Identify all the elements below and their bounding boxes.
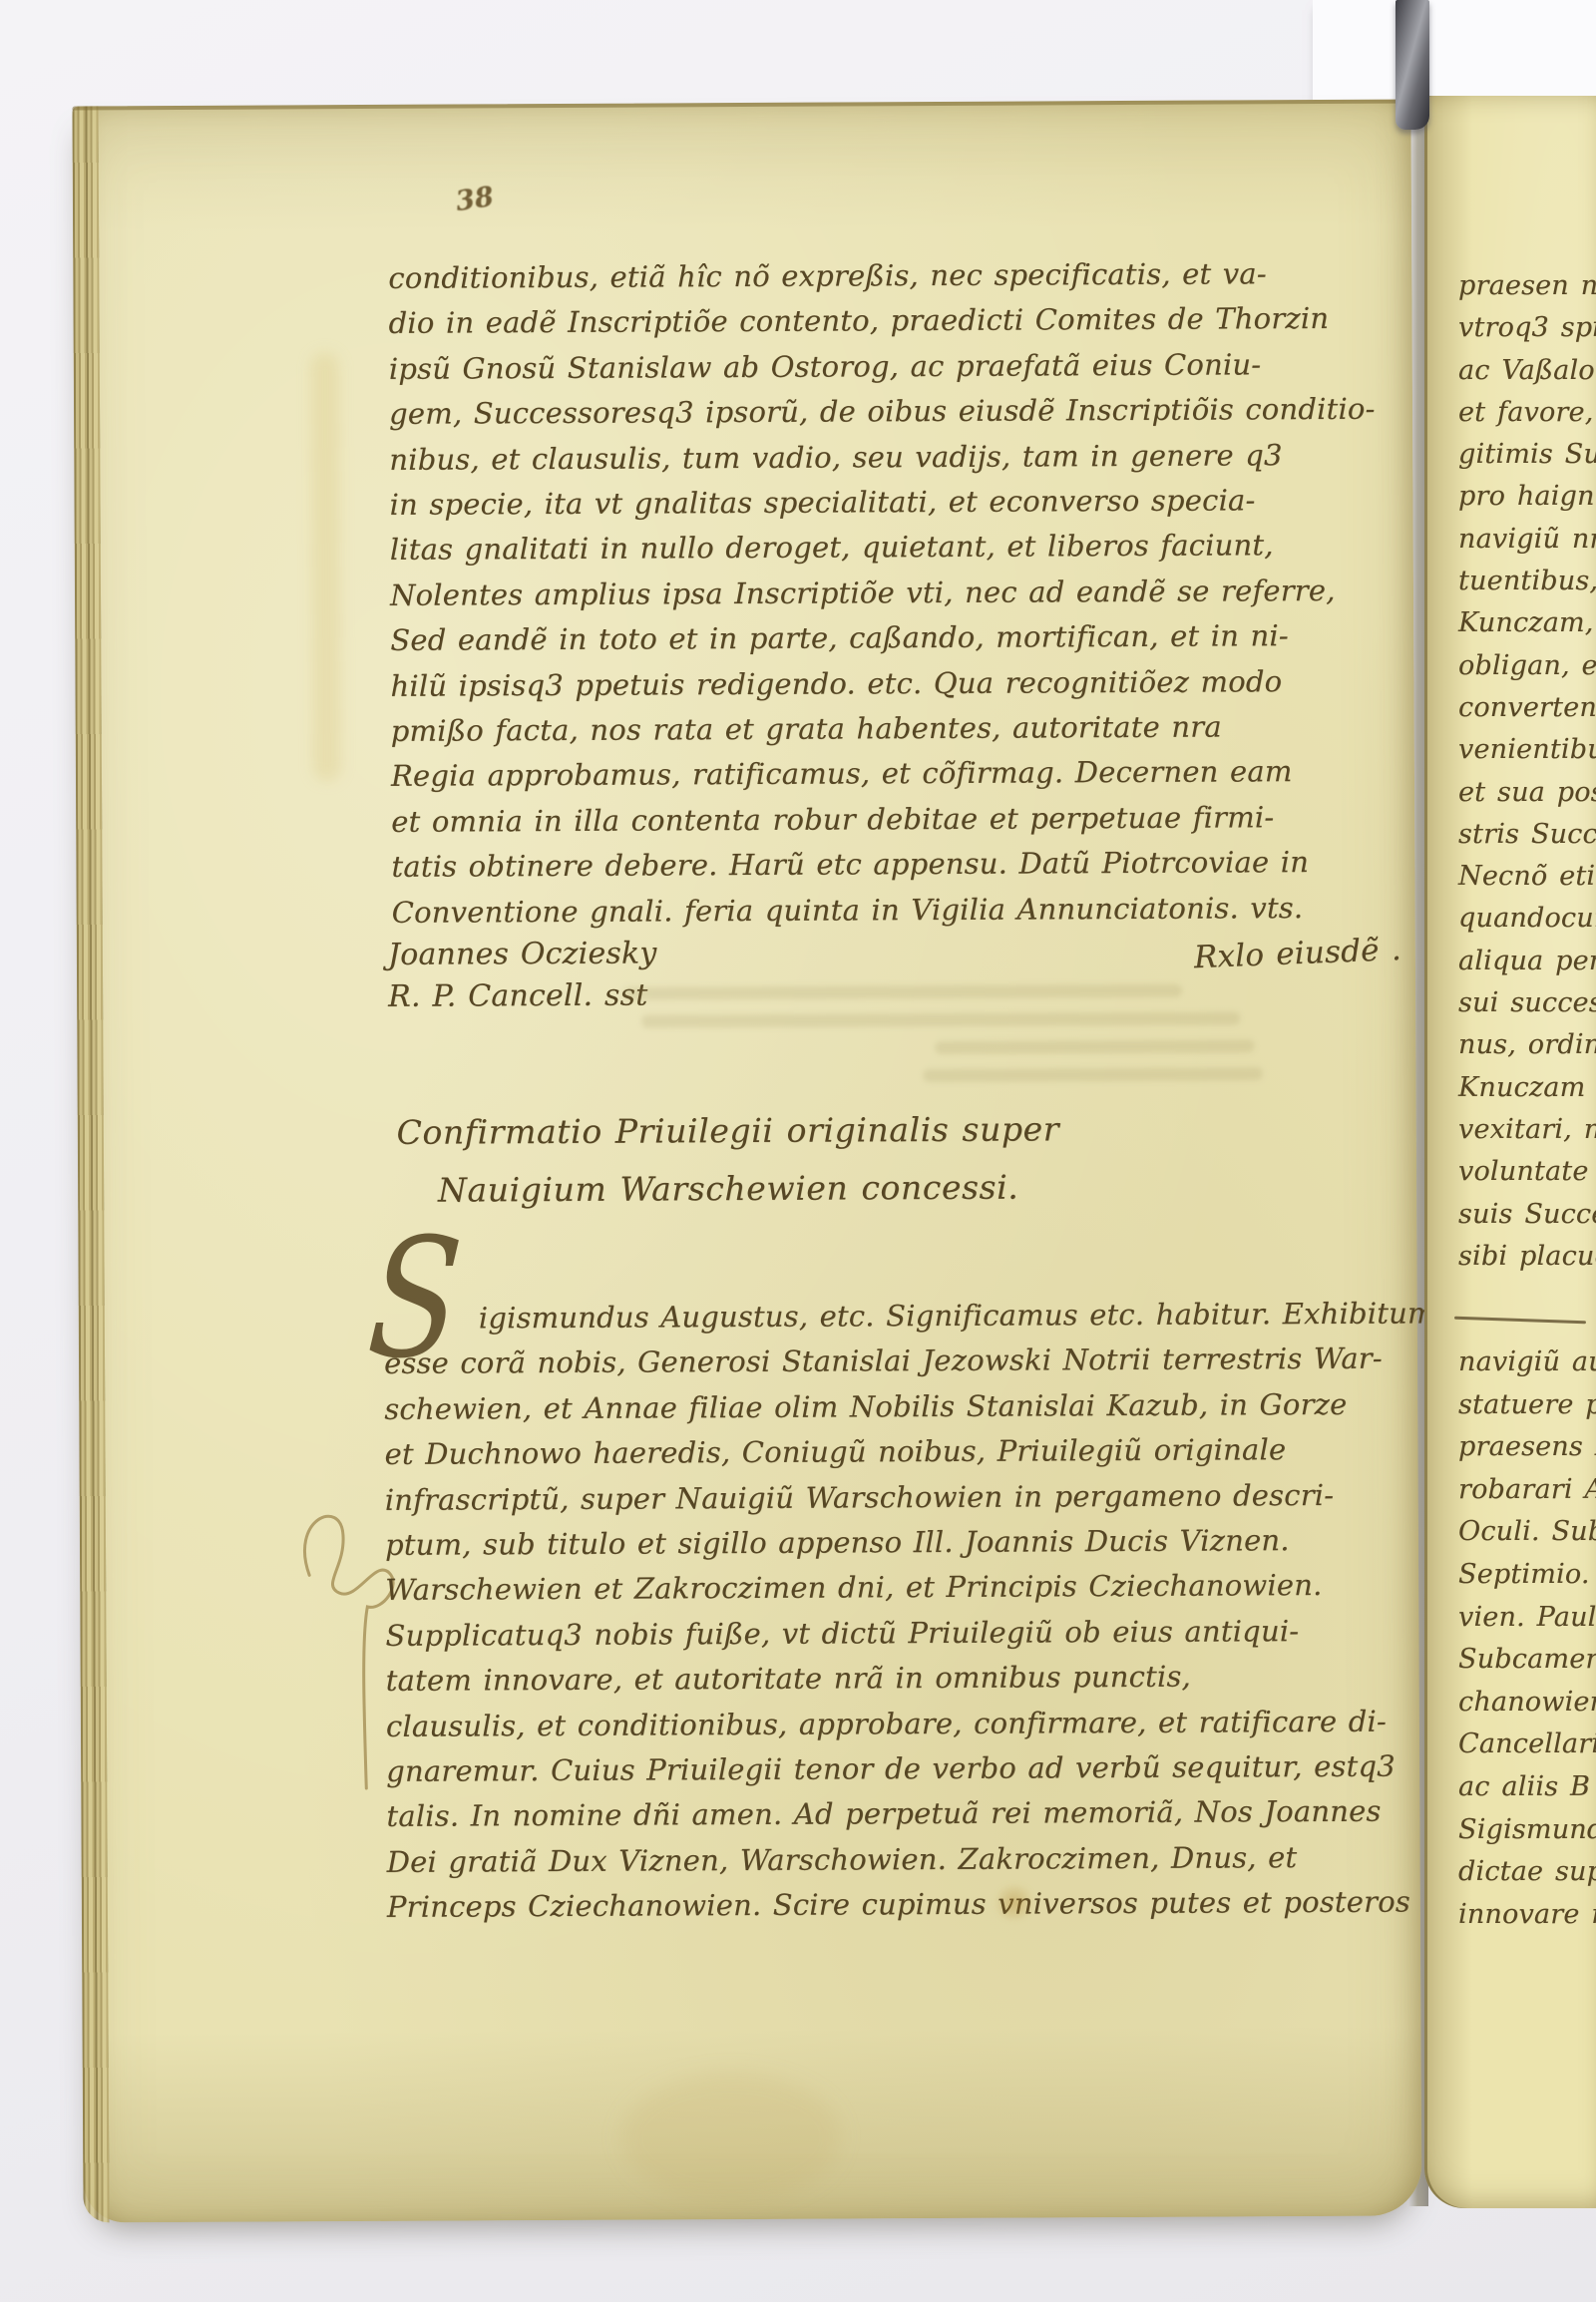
manuscript-text-line: sibi placuerit (1458, 1236, 1596, 1278)
manuscript-text-line: ptum, sub titulo et sigillo appenso Ill.… (385, 1518, 1402, 1569)
manuscript-text-line: Knuczam et (1458, 1067, 1596, 1109)
manuscript-right-page: praesen notitiavtroq3 spirituac Vaßalorũ… (1424, 96, 1596, 2208)
manuscript-text-line: tuentibus, et (1458, 561, 1596, 602)
manuscript-text-line: gem, Successoresq3 ipsorũ, de oibus eius… (389, 387, 1396, 438)
underline-flourish (1454, 1317, 1586, 1325)
manuscript-text-line: innovare ni (1458, 1894, 1596, 1937)
manuscript-text-line: Septimio. Prae (1458, 1554, 1596, 1597)
section-heading: Confirmatio Priuilegii originalis super … (349, 1100, 1108, 1220)
manuscript-text-line: hilũ ipsisq3 ppetuis redigendo. etc. Qua… (390, 658, 1397, 709)
verso-show-through (935, 1039, 1254, 1054)
manuscript-text-line: gnaremur. Cuius Priuilegii tenor de verb… (386, 1744, 1403, 1795)
manuscript-text-line: Subcamerar (1458, 1639, 1596, 1682)
manuscript-text-line: Conventione gnali. feria quinta in Vigil… (392, 885, 1399, 936)
manuscript-text-line: Sed eandẽ in toto et in parte, caßando, … (390, 613, 1397, 664)
manuscript-text-line: ac aliis B p (1458, 1766, 1596, 1809)
manuscript-text-line: schewien, et Annae filiae olim Nobilis S… (384, 1381, 1401, 1432)
manuscript-text-line: gitimis Succeß (1458, 434, 1596, 476)
manuscript-text-line: Warschewien et Zakroczimen dni, et Princ… (385, 1563, 1402, 1614)
manuscript-text-line: vien. Paulo (1458, 1597, 1596, 1640)
manuscript-text-line: infrascriptũ, super Nauigiũ Warschowien … (385, 1472, 1402, 1523)
manuscript-text-line: et Duchnowo haeredis, Coniugũ noibus, Pr… (384, 1427, 1401, 1478)
manuscript-text-line: sui successoret (1458, 982, 1596, 1024)
chancellor-signature: Joannes Ocziesky R. P. Cancell. sst (388, 933, 657, 1017)
manuscript-text-line: Regia approbamus, ratificamus, et cõfirm… (391, 749, 1398, 800)
right-page-column-lower: navigiũ ausstatuere praepraesens Priroba… (1458, 1342, 1596, 1936)
folio-number: 38 (454, 182, 496, 217)
registration-note: Rxlo eiusdẽ . (1193, 932, 1401, 975)
manuscript-text-line: quandocunq3 (1458, 898, 1596, 940)
manuscript-text-line: vexitari, neq3 (1458, 1109, 1596, 1151)
manuscript-text-line: Supplicatuq3 nobis fuiße, vt dictũ Priui… (385, 1608, 1402, 1659)
manuscript-text-line: in specie, ita vt gnalitas specialitati,… (389, 478, 1396, 529)
manuscript-text-line: conditionibus, etiã hîc nõ expreßis, nec… (388, 251, 1396, 302)
manuscript-text-line: venientibus vi (1458, 729, 1596, 771)
manuscript-text-line: praesen notitia (1458, 265, 1596, 307)
manuscript-text-line: Dei gratiã Dux Viznen, Warschowien. Zakr… (387, 1834, 1404, 1885)
manuscript-text-line: talis. In nomine dñi amen. Ad perpetuã r… (386, 1789, 1403, 1840)
manuscript-text-line: igismundus Augustus, etc. Significamus e… (384, 1292, 1401, 1343)
manuscript-text-line: et omnia in illa contenta robur debitae … (391, 794, 1398, 845)
verso-show-through (641, 1011, 1240, 1027)
paper-discoloration (311, 352, 341, 781)
manuscript-text-line: Nolentes amplius ipsa Inscriptiõe vti, n… (390, 568, 1397, 618)
manuscript-text-line: Necnõ etiã on (1458, 856, 1596, 898)
manuscript-text-line: nibus, et clausulis, tum vadio, seu vadi… (389, 432, 1396, 483)
manuscript-text-line: dio in eadẽ Inscriptiõe contento, praedi… (388, 296, 1396, 347)
photograph-background: 38 conditionibus, etiã hîc nõ expreßis, … (0, 0, 1596, 2302)
manuscript-text-line: vtroq3 spiritu (1458, 307, 1596, 349)
manuscript-text-line: et sua posterit (1458, 772, 1596, 814)
manuscript-text-line: navigiũ aus (1458, 1342, 1596, 1384)
manuscript-text-line: Cancellario (1458, 1724, 1596, 1766)
manuscript-text-line: ac Vaßalorũ (1458, 350, 1596, 392)
manuscript-text-line: et favore, Di (1458, 392, 1596, 434)
signature-line-title: R. P. Cancell. sst (388, 974, 657, 1017)
cradle-rod (1396, 0, 1429, 130)
page-top-edge (72, 100, 1410, 111)
manuscript-text-line: esse corã nobis, Generosi Stanislai Jezo… (384, 1337, 1401, 1387)
manuscript-text-line: voluntate pe (1458, 1151, 1596, 1193)
manuscript-text-line: praesens Pri (1458, 1426, 1596, 1469)
manuscript-text-line: nus, ordinar (1458, 1024, 1596, 1066)
paragraph-confirmation-text: igismundus Augustus, etc. Significamus e… (384, 1292, 1404, 1931)
manuscript-text-line: robarari Ac (1458, 1469, 1596, 1512)
manuscript-text-line: tatis obtinere debere. Harũ etc appensu.… (391, 840, 1398, 891)
manuscript-text-line: stris Succeßo (1458, 814, 1596, 856)
manuscript-text-line: obligan, et ad (1458, 645, 1596, 687)
manuscript-text-line: Kunczam, et (1458, 602, 1596, 644)
right-page-column-upper: praesen notitiavtroq3 spirituac Vaßalorũ… (1458, 265, 1596, 1278)
verso-show-through (924, 1067, 1263, 1082)
signature-line-name: Joannes Ocziesky (388, 933, 657, 975)
manuscript-text-line: statuere prae (1458, 1384, 1596, 1427)
manuscript-text-line: pro haignita du (1458, 476, 1596, 518)
manuscript-text-line: chanowien, P (1458, 1682, 1596, 1725)
manuscript-text-line: ipsũ Gnosũ Stanislaw ab Ostorog, ac prae… (389, 341, 1396, 392)
paper-discoloration (621, 2073, 842, 2203)
manuscript-text-line: aliqua pensiõ (1458, 941, 1596, 982)
manuscript-text-line: Sigismundus (1458, 1809, 1596, 1852)
manuscript-left-page: 38 conditionibus, etiã hîc nõ expreßis, … (72, 100, 1421, 2223)
manuscript-text-line: convertend. (1458, 687, 1596, 729)
ink-stain (992, 1884, 1037, 1920)
manuscript-text-line: pmißo facta, nos rata et grata habentes,… (391, 704, 1398, 755)
manuscript-text-line: dictae suppl (1458, 1851, 1596, 1894)
manuscript-text-line: litas gnalitati in nullo deroget, quieta… (390, 523, 1397, 574)
manuscript-text-line: suis Succeßo (1458, 1194, 1596, 1236)
verso-show-through (623, 984, 1182, 1000)
heading-line-1: Confirmatio Priuilegii originalis super (349, 1100, 1107, 1162)
manuscript-text-line: Oculi. Sub a (1458, 1511, 1596, 1554)
white-backing-sheet (1313, 0, 1596, 110)
manuscript-text-line: navigiũ nrũ (1458, 519, 1596, 561)
manuscript-text-line: clausulis, et conditionibus, approbare, … (386, 1699, 1403, 1749)
manuscript-text-line: tatem innovare, et autoritate nrã in omn… (386, 1654, 1403, 1705)
manuscript-text-line: Princeps Cziechanowien. Scire cupimus vn… (387, 1880, 1404, 1931)
page-edge-stack (72, 106, 109, 2222)
paragraph-royal-confirmation: conditionibus, etiã hîc nõ expreßis, nec… (388, 251, 1399, 936)
